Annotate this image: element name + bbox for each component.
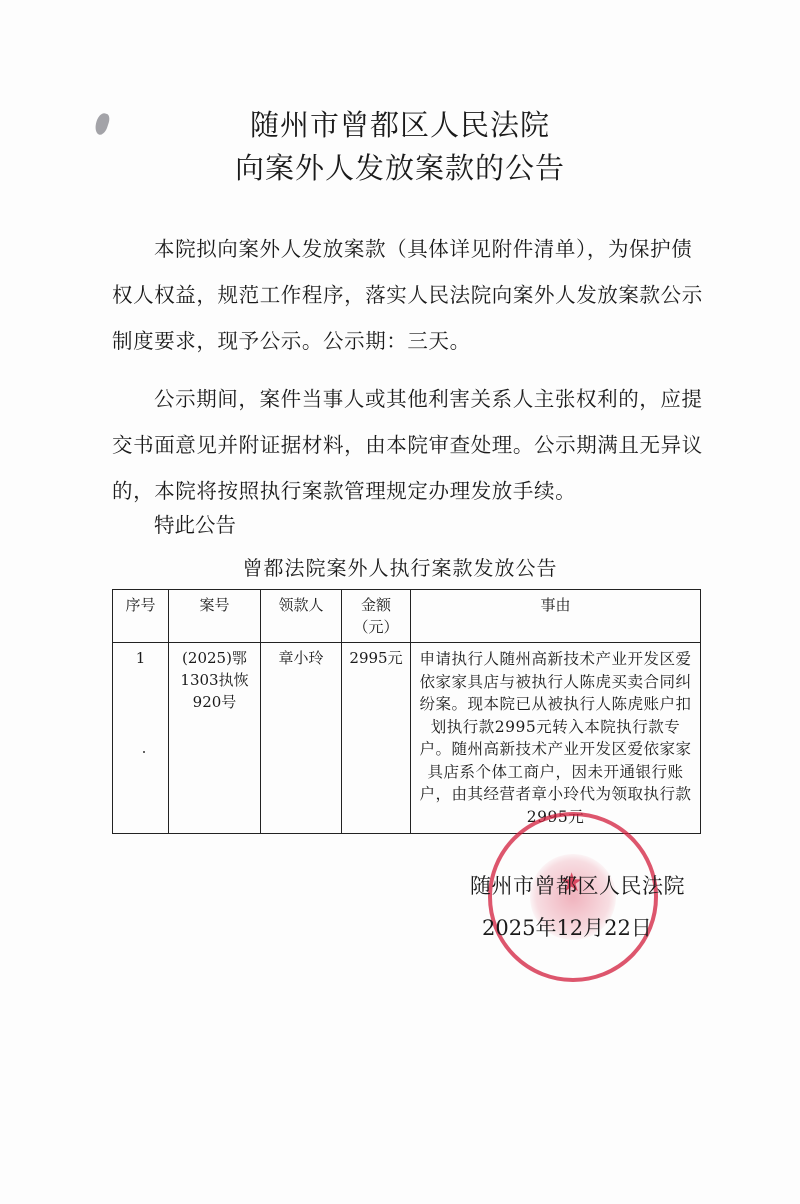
signature-court-name: 随州市曾都区人民法院: [470, 870, 685, 900]
cell-amount: 2995元: [342, 643, 411, 834]
paragraph-2: 公示期间，案件当事人或其他利害关系人主张权利的，应提交书面意见并附证据材料，由本…: [112, 376, 712, 514]
cell-case-no: (2025)鄂1303执恢920号: [169, 643, 261, 834]
header-index: 序号: [113, 590, 169, 643]
cell-index: 1: [113, 643, 169, 834]
disbursement-table: 序号 案号 领款人 金额（元） 事由 1 (2025)鄂1303执恢920号 章…: [112, 589, 701, 834]
paragraph-1: 本院拟向案外人发放案款（具体详见附件清单），为保护债权人权益，规范工作程序，落实…: [112, 226, 712, 364]
header-amount: 金额（元）: [342, 590, 411, 643]
table-row: 1 (2025)鄂1303执恢920号 章小玲 2995元 申请执行人随州高新技…: [113, 643, 701, 834]
header-reason: 事由: [411, 590, 701, 643]
header-recipient: 领款人: [261, 590, 342, 643]
signature-date: 2025年12月22日: [482, 912, 652, 942]
scan-dot: [143, 751, 145, 753]
table-title: 曾都法院案外人执行案款发放公告: [0, 552, 800, 581]
notice-title: 向案外人发放案款的公告: [0, 146, 800, 187]
table-header-row: 序号 案号 领款人 金额（元） 事由: [113, 590, 701, 643]
document-page: 随州市曾都区人民法院 向案外人发放案款的公告 本院拟向案外人发放案款（具体详见附…: [0, 0, 800, 1204]
cell-reason: 申请执行人随州高新技术产业开发区爱依家家具店与被执行人陈虎买卖合同纠纷案。现本院…: [411, 643, 701, 834]
cell-recipient: 章小玲: [261, 643, 342, 834]
closing-text: 特此公告: [154, 508, 236, 538]
header-case-no: 案号: [169, 590, 261, 643]
court-name-title: 随州市曾都区人民法院: [0, 103, 800, 144]
